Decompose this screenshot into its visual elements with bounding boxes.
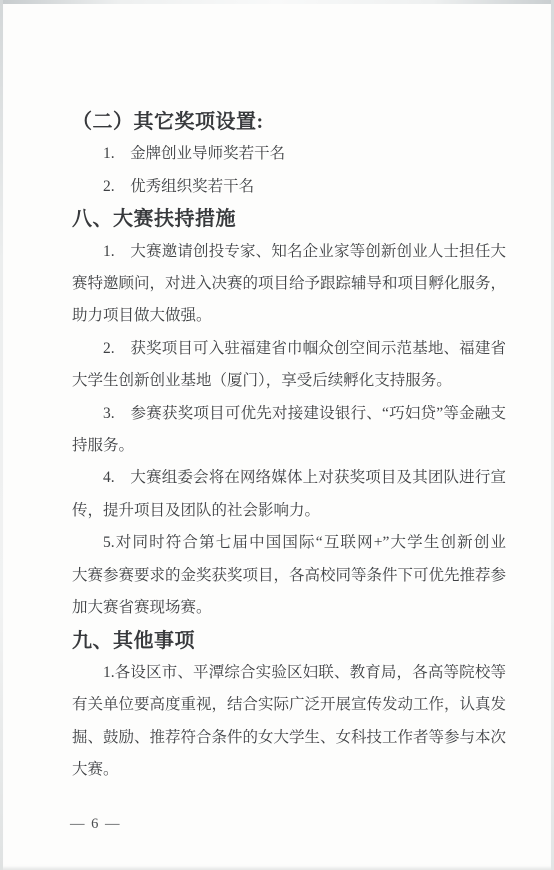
- paragraph-line: 2. 获奖项目可入驻福建省巾帼众创空间示范基地、福建省: [72, 333, 506, 365]
- paragraph-line: 加大赛省赛现场赛。: [72, 592, 506, 624]
- section-heading: 八、大赛扶持措施: [72, 203, 506, 235]
- paragraph: 2. 获奖项目可入驻福建省巾帼众创空间示范基地、福建省 大学生创新创业基地（厦门…: [72, 333, 506, 398]
- paragraph-line: 赛特邀顾问，对进入决赛的项目给予跟踪辅导和项目孵化服务，: [72, 268, 506, 300]
- scan-edge-top: [0, 0, 554, 4]
- section-other-matters: 九、其他事项 1.各设区市、平潭综合实验区妇联、教育局，各高等院校等 有关单位要…: [72, 625, 506, 787]
- paragraph-line: 5.对同时符合第七届中国国际“互联网+”大学生创新创业: [72, 527, 506, 559]
- paragraph-line: 大学生创新创业基地（厦门），享受后续孵化支持服务。: [72, 365, 506, 397]
- paragraph-line: 1. 大赛邀请创投专家、知名企业家等创新创业人士担任大: [72, 236, 506, 268]
- paragraph: 1.各设区市、平潭综合实验区妇联、教育局，各高等院校等 有关单位要高度重视，结合…: [72, 657, 506, 787]
- paragraph-line: 3. 参赛获奖项目可优先对接建设银行、“巧妇贷”等金融支: [72, 398, 506, 430]
- paragraph-line: 有关单位要高度重视，结合实际广泛开展宣传发动工作，认真发: [72, 689, 506, 721]
- list-item: 2. 优秀组织奖若干名: [72, 171, 506, 203]
- paragraph: 5.对同时符合第七届中国国际“互联网+”大学生创新创业 大赛参赛要求的金奖获奖项…: [72, 527, 506, 624]
- document-body: （二）其它奖项设置: 1. 金牌创业导师奖若干名 2. 优秀组织奖若干名 八、大…: [72, 106, 506, 787]
- paragraph-line: 助力项目做大做强。: [72, 300, 506, 332]
- paragraph-line: 掘、鼓励、推荐符合条件的女大学生、女科技工作者等参与本次: [72, 722, 506, 754]
- scan-edge-left: [0, 0, 3, 870]
- paragraph: 1. 大赛邀请创投专家、知名企业家等创新创业人士担任大 赛特邀顾问，对进入决赛的…: [72, 236, 506, 333]
- paragraph-line: 大赛。: [72, 754, 506, 786]
- subsection-other-awards: （二）其它奖项设置: 1. 金牌创业导师奖若干名 2. 优秀组织奖若干名: [72, 106, 506, 203]
- paragraph-line: 大赛参赛要求的金奖获奖项目，各高校同等条件下可优先推荐参: [72, 560, 506, 592]
- paragraph: 4. 大赛组委会将在网络媒体上对获奖项目及其团队进行宣 传，提升项目及团队的社会…: [72, 462, 506, 527]
- paragraph-line: 1.各设区市、平潭综合实验区妇联、教育局，各高等院校等: [72, 657, 506, 689]
- paragraph: 3. 参赛获奖项目可优先对接建设银行、“巧妇贷”等金融支 持服务。: [72, 398, 506, 463]
- page-number: — 6 —: [70, 812, 121, 836]
- section-heading: 九、其他事项: [72, 625, 506, 657]
- section-support-measures: 八、大赛扶持措施 1. 大赛邀请创投专家、知名企业家等创新创业人士担任大 赛特邀…: [72, 203, 506, 624]
- paragraph-line: 传，提升项目及团队的社会影响力。: [72, 495, 506, 527]
- paragraph-line: 4. 大赛组委会将在网络媒体上对获奖项目及其团队进行宣: [72, 462, 506, 494]
- paragraph-line: 持服务。: [72, 430, 506, 462]
- list-item: 1. 金牌创业导师奖若干名: [72, 138, 506, 170]
- subsection-heading: （二）其它奖项设置:: [72, 106, 506, 138]
- document-page: （二）其它奖项设置: 1. 金牌创业导师奖若干名 2. 优秀组织奖若干名 八、大…: [0, 0, 554, 870]
